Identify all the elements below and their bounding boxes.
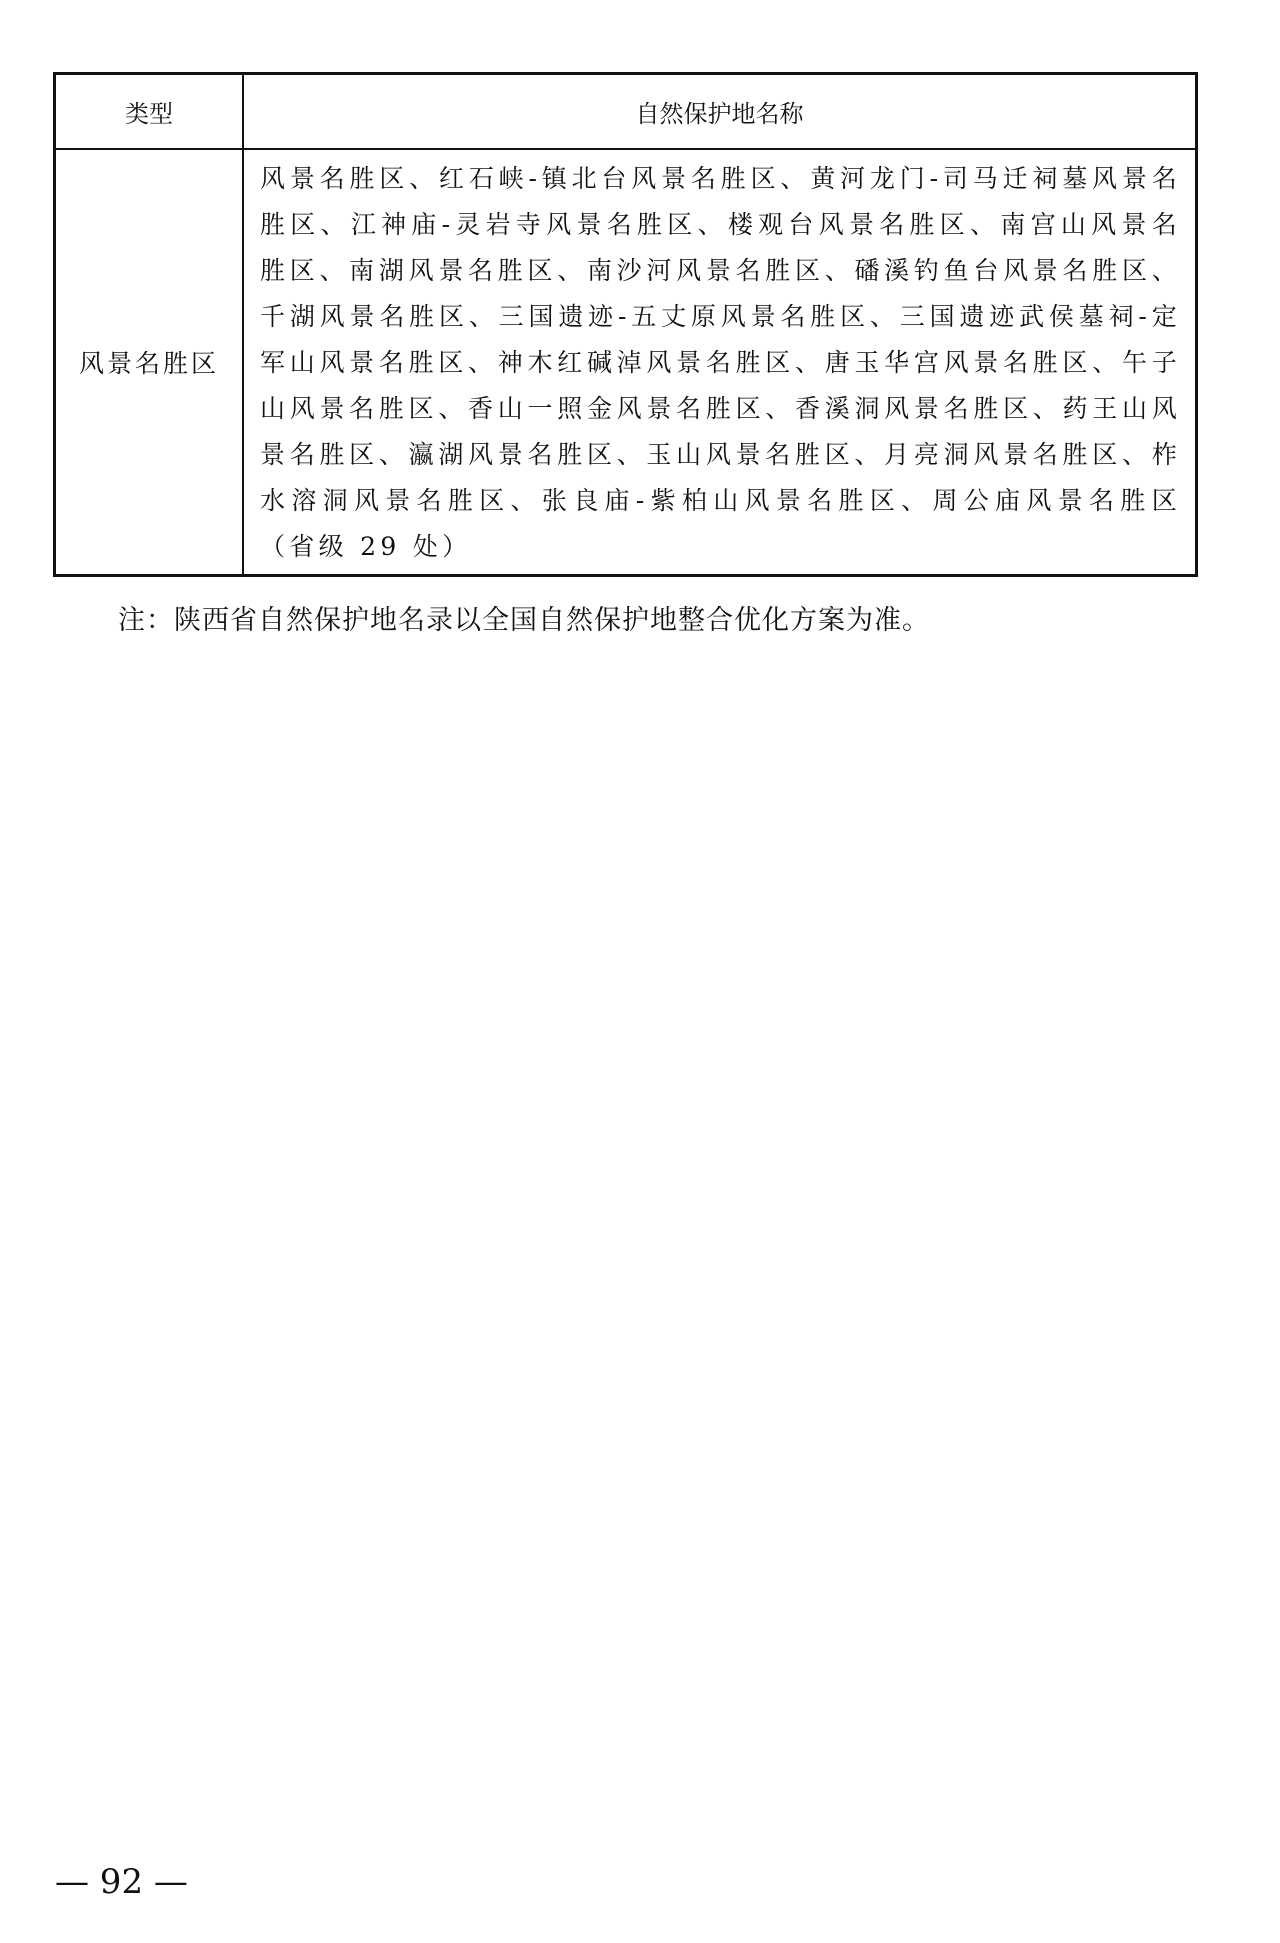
protected-areas-table: 类型 自然保护地名称 风景名胜区 风景名胜区、红石峡-镇北台风景名胜区、黄河龙门… [53,72,1198,577]
table-row: 风景名胜区 风景名胜区、红石峡-镇北台风景名胜区、黄河龙门-司马迁祠墓风景名胜区… [55,149,1197,576]
table-header-row: 类型 自然保护地名称 [55,74,1197,150]
header-names: 自然保护地名称 [243,74,1197,150]
cell-type: 风景名胜区 [55,149,244,576]
cell-names: 风景名胜区、红石峡-镇北台风景名胜区、黄河龙门-司马迁祠墓风景名胜区、江神庙-灵… [243,149,1197,576]
page-number: — 92 — [55,1862,188,1902]
footnote: 注：陕西省自然保护地名录以全国自然保护地整合优化方案为准。 [118,598,930,637]
header-type: 类型 [55,74,244,150]
